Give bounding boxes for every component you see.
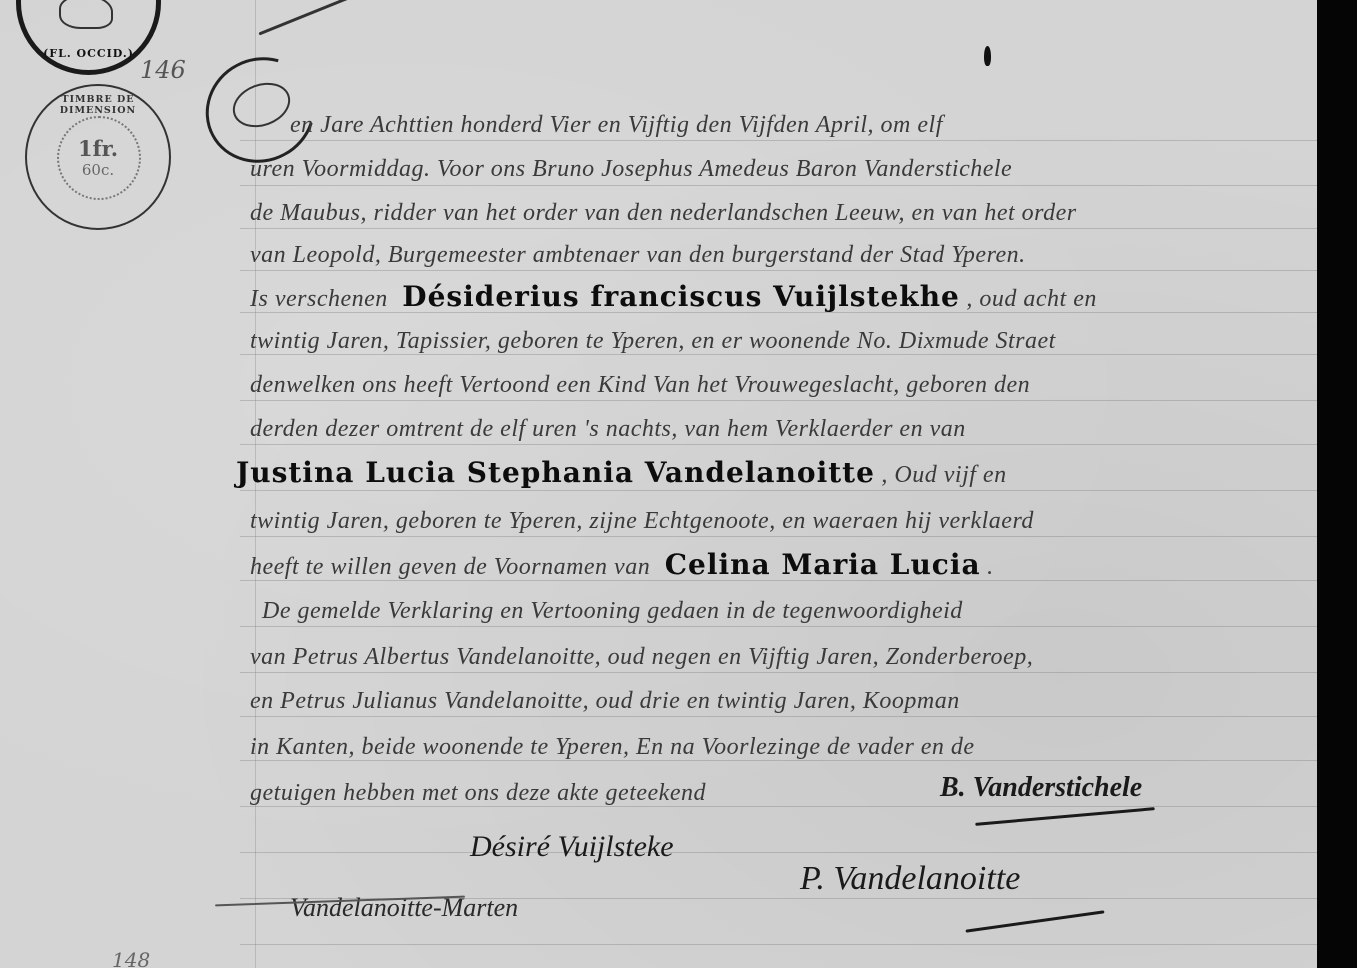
lion-emblem-icon xyxy=(59,0,113,29)
ruled-line xyxy=(240,852,1325,853)
ruled-line xyxy=(240,140,1325,141)
body-line-16: getuigen hebben met ons deze akte geteek… xyxy=(250,780,706,807)
appearance-prefix: Is verschenen xyxy=(250,286,388,312)
body-line-5: Is verschenen Désiderius franciscus Vuij… xyxy=(250,280,1097,313)
body-line-15: in Kanten, beide woonende te Yperen, En … xyxy=(250,734,975,761)
next-folio-number: 148 xyxy=(112,948,150,968)
signature-mayor-swash xyxy=(975,807,1155,826)
body-line-14: en Petrus Julianus Vandelanoitte, oud dr… xyxy=(250,688,960,715)
body-line-10: twintig Jaren, geboren te Yperen, zijne … xyxy=(250,508,1034,535)
signature-father: Désiré Vuijlsteke xyxy=(470,830,674,864)
signature-witness-1-swash xyxy=(965,910,1104,932)
signature-witness-1: P. Vandelanoitte xyxy=(800,860,1020,898)
given-names-prefix: heeft te willen geven de Voornamen van xyxy=(250,554,650,580)
ruled-line xyxy=(240,944,1325,945)
tax-stamp-ring-text: TIMBRE DE DIMENSION xyxy=(27,94,169,116)
ink-blot xyxy=(984,46,991,66)
ruled-line xyxy=(240,400,1325,401)
father-age-prefix: , oud acht en xyxy=(966,286,1096,312)
mother-name: Justina Lucia Stephania Vandelanoitte xyxy=(236,456,875,489)
body-line-4: van Leopold, Burgemeester ambtenaer van … xyxy=(250,242,1026,269)
body-line-12: De gemelde Verklaring en Vertooning geda… xyxy=(262,598,963,625)
ruled-line xyxy=(240,185,1325,186)
ruled-line xyxy=(240,270,1325,271)
ruled-line xyxy=(240,536,1325,537)
body-line-1: en Jare Achttien honderd Vier en Vijftig… xyxy=(290,112,943,139)
father-name: Désiderius franciscus Vuijlstekhe xyxy=(402,280,960,313)
seal-text: (FL. OCCID.) xyxy=(21,47,156,60)
body-line-13: van Petrus Albertus Vandelanoitte, oud n… xyxy=(250,644,1033,671)
body-line-8: derden dezer omtrent de elf uren 's nach… xyxy=(250,416,966,443)
tax-stamp-value-centimes: 60c. xyxy=(27,161,169,179)
ruled-line xyxy=(240,490,1325,491)
signature-mayor: B. Vanderstichele xyxy=(940,772,1142,804)
body-line-7: denwelken ons heeft Vertoond een Kind Va… xyxy=(250,372,1030,399)
body-line-2: uren Voormiddag. Voor ons Bruno Josephus… xyxy=(250,156,1012,183)
tax-stamp-value-francs: 1fr. xyxy=(27,136,169,161)
body-line-9: Justina Lucia Stephania Vandelanoitte , … xyxy=(236,456,1007,489)
ruled-line xyxy=(240,626,1325,627)
document-page: (FL. OCCID.) 146 TIMBRE DE DIMENSION 1fr… xyxy=(0,0,1328,968)
body-line-3: de Maubus, ridder van het order van den … xyxy=(250,200,1077,227)
ruled-line xyxy=(240,444,1325,445)
body-line-11: heeft te willen geven de Voornamen van C… xyxy=(250,548,994,581)
ruled-line xyxy=(240,228,1325,229)
child-name-period: . xyxy=(987,554,994,580)
ruled-line xyxy=(240,716,1325,717)
ruled-line xyxy=(240,672,1325,673)
folio-number: 146 xyxy=(140,56,186,84)
initial-flourish xyxy=(258,0,361,35)
body-line-6: twintig Jaren, Tapissier, geboren te Ype… xyxy=(250,328,1056,355)
tax-stamp: TIMBRE DE DIMENSION 1fr. 60c. xyxy=(25,84,171,230)
mother-age-prefix: , Oud vijf en xyxy=(881,462,1006,488)
scan-border xyxy=(1317,0,1357,968)
child-name: Celina Maria Lucia xyxy=(665,548,981,581)
